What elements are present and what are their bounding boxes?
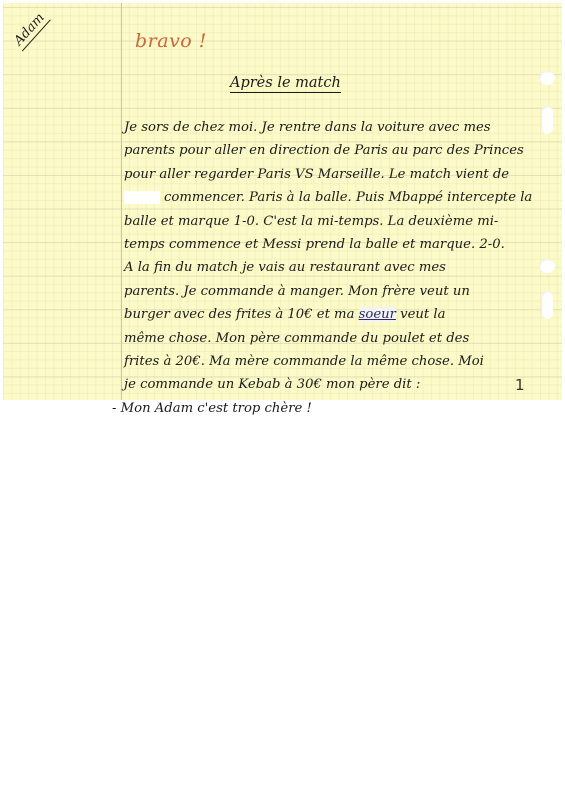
text-line: - Mon Adam c'est trop chère ! [112,397,556,420]
text-line: parents pour aller en direction de Paris… [124,139,556,162]
margin-line [121,3,122,400]
text-line: pour aller regarder Paris VS Marseille. … [124,163,556,186]
text-line: frites à 20€. Ma mère commande la même c… [124,350,556,373]
text-line: parents. Je commande à manger. Mon frère… [124,280,556,303]
text-line: A la fin du match je vais au restaurant … [124,256,556,279]
text-line: burger avec des frites à 10€ et ma soeur… [124,303,556,326]
text-line: balle et marque 1-0. C'est la mi-temps. … [124,210,556,233]
text-line: même chose. Mon père commande du poulet … [124,327,556,350]
essay-title: Après le match [230,75,341,93]
text-line: Je sors de chez moi. Je rentre dans la v… [124,116,556,139]
text-line: temps commence et Messi prend la balle e… [124,233,556,256]
text-line: commencer. Paris à la balle. Puis Mbappé… [124,186,556,209]
essay-body: Je sors de chez moi. Je rentre dans la v… [124,116,556,420]
corrected-word: soeur [359,307,396,322]
page-number: 1 [515,376,525,394]
text-line: je commande un Kebab à 30€ mon père dit … [124,373,556,396]
redacted-word [124,191,160,204]
teacher-comment: bravo ! [135,30,207,52]
binder-hole [539,71,555,85]
